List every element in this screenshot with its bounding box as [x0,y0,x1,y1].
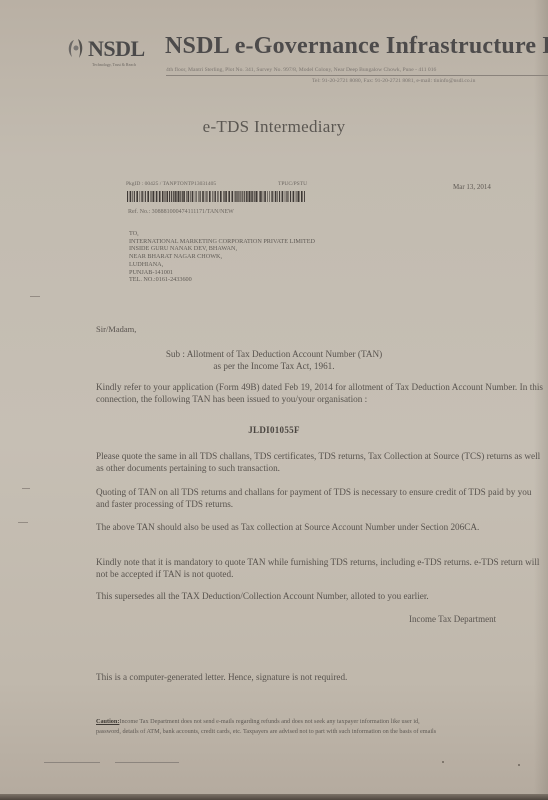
address-line: TO, [129,230,315,238]
signoff: Income Tax Department [409,614,496,624]
company-address: 4th floor, Mantri Sterling, Plot No. 341… [166,67,436,73]
document-title: e-TDS Intermediary [0,117,548,137]
nsdl-logo-icon [66,38,86,60]
address-line: INSIDE GURU NANAK DEV, BHAWAN, [129,245,315,253]
paragraph-tcs-section: The above TAN should also be used as Tax… [96,521,543,533]
caution-line-1: Income Tax Department does not send e-ma… [119,718,419,725]
letter-date: Mar 13, 2014 [453,183,491,191]
subject-line-2: as per the Income Tax Act, 1961. [0,360,548,372]
subject-line-1: Sub : Allotment of Tax Deduction Account… [0,348,548,360]
subject: Sub : Allotment of Tax Deduction Account… [0,348,548,372]
salutation: Sir/Madam, [96,324,136,334]
caution-notice: Caution:Income Tax Department does not s… [96,717,548,736]
address-line: TEL. NO.:0161-2433600 [129,276,315,284]
header-divider [166,75,548,76]
paper-speck [442,761,444,763]
caution-label: Caution: [96,718,119,725]
paragraph-mandatory: Kindly note that it is mandatory to quot… [96,556,543,580]
footer-line [44,762,100,763]
address-line: LUDHIANA, [129,261,315,269]
photo-edge [0,794,548,800]
computer-generated-note: This is a computer-generated letter. Hen… [96,672,347,682]
reference-number: Ref. No.: 308881000474111171/TAN/NEW [128,209,234,215]
company-name: NSDL e-Governance Infrastructure Limited [165,33,548,60]
logo-text: NSDL [88,36,145,62]
address-line: INTERNATIONAL MARKETING CORPORATION PRIV… [129,238,315,246]
paragraph-tds-credit: Quoting of TAN on all TDS returns and ch… [96,486,543,510]
paragraph-quote-tan: Please quote the same in all TDS challan… [96,450,543,474]
paper-speck [518,764,520,766]
company-contact: Tel: 91-20-2721 8080, Fax: 91-20-2721 80… [312,78,475,84]
address-line: NEAR BHARAT NAGAR CHOWK, [129,253,315,261]
logo-tagline: Technology, Trust & Reach [92,62,136,67]
margin-mark [18,522,28,523]
margin-mark [30,296,40,297]
paragraph-supersedes: This supersedes all the TAX Deduction/Co… [96,590,543,602]
barcode [127,191,305,202]
package-id: PkgID : 00425 / TANPTONTP13031405 [126,181,216,187]
tan-number: JLDI01055F [0,425,548,435]
recipient-address: TO,INTERNATIONAL MARKETING CORPORATION P… [129,230,315,284]
paragraph-application: Kindly refer to your application (Form 4… [96,381,543,405]
caution-line-2: password, details of ATM, bank accounts,… [96,727,548,737]
footer-line [115,762,179,763]
address-line: PUNJAB-141001 [129,269,315,277]
dispatch-code: TPUC/PSTU [278,181,307,187]
margin-mark [22,488,30,489]
